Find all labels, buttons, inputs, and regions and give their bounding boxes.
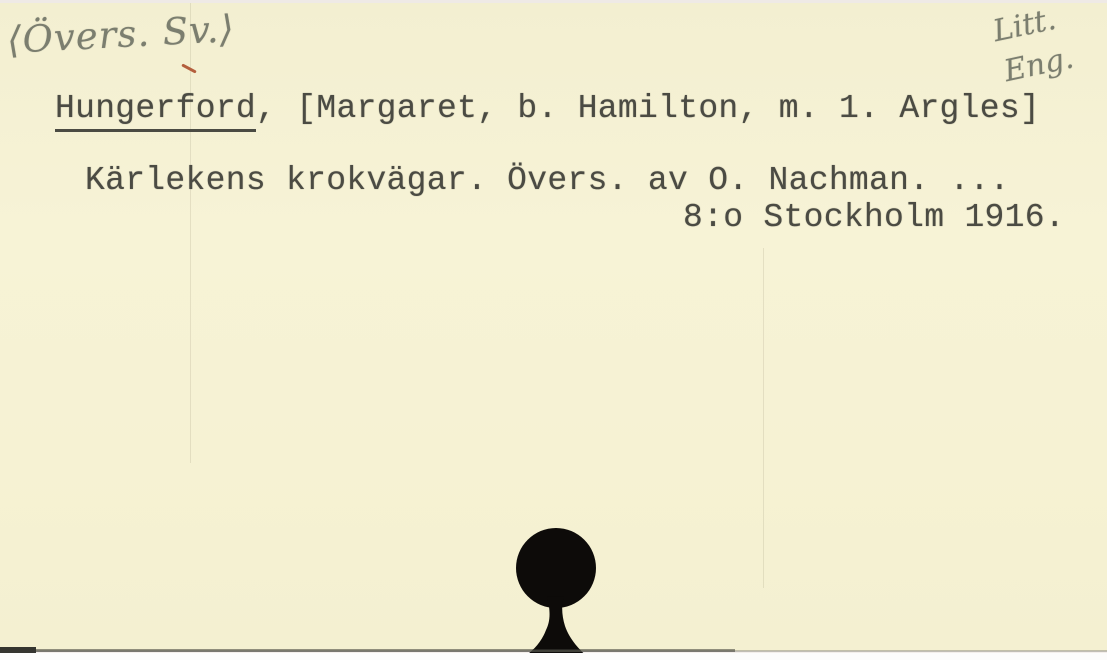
catalog-card-scan: ⟨Övers. Sv.⟩ Litt. Eng. Hungerford, [Mar…: [0, 0, 1107, 660]
scan-top-strip: [0, 0, 1107, 3]
subject-annotation-litt: Litt.: [990, 2, 1059, 49]
red-pen-mark: [181, 63, 197, 73]
imprint-line: 8:o Stockholm 1916.: [683, 200, 1065, 236]
title-line: Kärlekens krokvägar. Övers. av O. Nachma…: [85, 163, 1010, 199]
card-crease-left: [190, 3, 191, 463]
rod-hole-icon: [475, 527, 637, 659]
subject-annotation-eng: Eng.: [1001, 40, 1077, 89]
heading-remainder: , [Margaret, b. Hamilton, m. 1. Argles]: [256, 90, 1040, 127]
author-name: Hungerford: [55, 90, 256, 132]
bottom-left-mark: [0, 647, 36, 653]
heading-line: Hungerford, [Margaret, b. Hamilton, m. 1…: [55, 91, 1040, 127]
index-card: ⟨Övers. Sv.⟩ Litt. Eng. Hungerford, [Mar…: [0, 3, 1107, 651]
card-crease-right: [763, 248, 764, 588]
scan-bottom-strip: [0, 653, 1107, 660]
card-bottom-edge-shadow: [30, 649, 735, 652]
classification-annotation: ⟨Övers. Sv.⟩: [6, 7, 236, 62]
